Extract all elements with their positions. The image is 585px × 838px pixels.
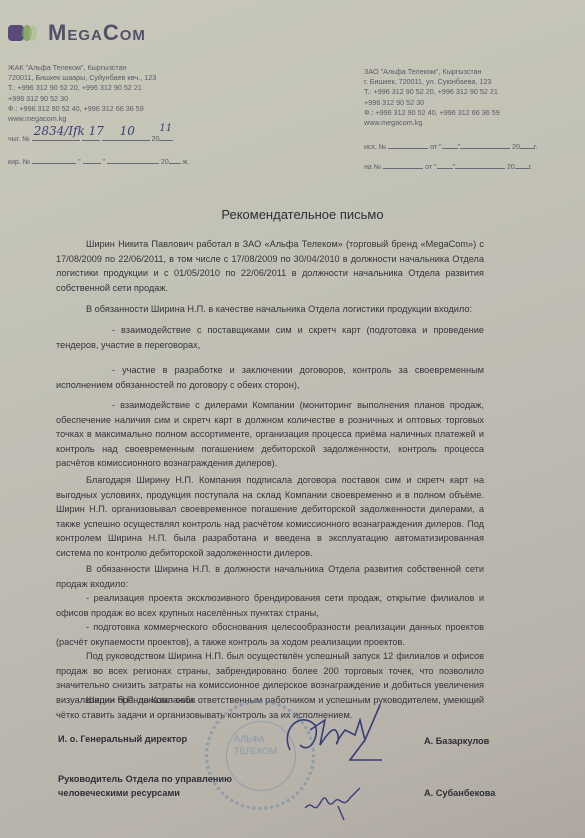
address-line: Ф.: +996 312 90 52 40, +996 312 66 36 59 [8, 104, 156, 114]
megacom-logo-icon [8, 24, 42, 42]
paragraph: - участие в разработке и заключении дого… [56, 363, 484, 392]
paragraph: - реализация проекта эксклюзивного бренд… [56, 591, 484, 620]
company-address-kyrgyz: ЖАК "Альфа Телеком", Кыргызстан 720011, … [8, 63, 156, 124]
paragraph-achievements-logistics: Благодаря Ширину Н.П. Компания подписала… [56, 473, 484, 561]
address-line: +996 312 90 52 30 [8, 94, 156, 104]
duty-item: - взаимодействие с поставщиками сим и ск… [56, 323, 484, 352]
handwritten-day: 10 [120, 124, 135, 138]
megacom-logo: MegaCom [8, 20, 146, 46]
paragraph-logistics-duties: В обязанности Ширина Н.П. в качестве нач… [56, 302, 484, 317]
company-address-russian: ЗАО "Альфа Телеком", Кыргызстан г. Бишке… [364, 67, 500, 128]
year-prefix: 20 [152, 136, 160, 143]
year-prefix: 20 [161, 159, 169, 166]
paragraph: В обязанности Ширина Н.П. в качестве нач… [56, 302, 484, 317]
director-name: А. Базаркулов [424, 735, 489, 749]
logo-text: MegaCom [48, 20, 146, 46]
year-suffix: г. [529, 164, 533, 171]
ref-label: исх. № [364, 144, 386, 151]
ref-label: кир. № [8, 159, 30, 166]
year-prefix: 20 [512, 144, 520, 151]
paragraph: Ширин Никита Павлович работал в ЗАО «Аль… [56, 237, 484, 295]
from-label: от " [425, 164, 436, 171]
year-suffix: ж. [183, 159, 190, 166]
hr-position: Руководитель Отдела по управлению челове… [58, 773, 232, 800]
outgoing-reference-left: чыг. № 2834/Ifk 17 10 2011 [8, 132, 173, 143]
address-line: +996 312 90 52 30 [364, 98, 500, 108]
address-line: г. Бишкек, 720011, ул. Суюнбаева, 123 [364, 77, 500, 87]
paragraph: - взаимодействие с поставщиками сим и ск… [56, 323, 484, 352]
position-line: человеческими ресурсами [58, 787, 232, 801]
document-title: Рекомендательное письмо [0, 207, 585, 222]
incoming-reference-left: кир. № " " 20 ж. [8, 155, 189, 166]
ref-label: на № [364, 164, 381, 171]
year-suffix: г. [534, 144, 538, 151]
hr-signature [300, 780, 370, 825]
from-label: от " [430, 144, 441, 151]
hr-name: А. Субанбекова [424, 787, 495, 801]
position-line: Руководитель Отдела по управлению [58, 773, 232, 787]
incoming-reference-right: на № от "" 20г. [364, 160, 532, 171]
ref-label: чыг. № [8, 136, 30, 143]
paragraph-sales-duties: В обязанности Ширина Н.П. в должности на… [56, 562, 484, 591]
paragraph: - подготовка коммерческого обоснования ц… [56, 620, 484, 649]
duty-item: - реализация проекта эксклюзивного бренд… [56, 591, 484, 620]
paragraph-intro: Ширин Никита Павлович работал в ЗАО «Аль… [56, 237, 484, 295]
handwritten-ref-number: 2834/Ifk 17 [34, 124, 104, 138]
address-line: Ф.: +996 312 90 52 40, +996 312 66 36 59 [364, 108, 500, 118]
duty-item: - участие в разработке и заключении дого… [56, 363, 484, 392]
duty-item: - подготовка коммерческого обоснования ц… [56, 620, 484, 649]
website: www.megacom.kg [364, 118, 500, 128]
handwritten-year: 11 [159, 123, 172, 134]
director-position: И. о. Генеральный директор [58, 733, 187, 747]
address-line: ЖАК "Альфа Телеком", Кыргызстан [8, 63, 156, 73]
address-line: ЗАО "Альфа Телеком", Кыргызстан [364, 67, 500, 77]
outgoing-reference-right: исх. № от "" 20г. [364, 140, 538, 151]
year-prefix: 20 [507, 164, 515, 171]
address-line: 720011, Бишкек шаары, Суйунбаев көч., 12… [8, 73, 156, 83]
paragraph: В обязанности Ширина Н.П. в должности на… [56, 562, 484, 591]
duty-item: - взаимодействие с дилерами Компании (мо… [56, 398, 484, 471]
address-line: T.: +996 312 90 52 20, +996 312 90 52 21 [8, 83, 156, 93]
paragraph: - взаимодействие с дилерами Компании (мо… [56, 398, 484, 471]
website: www.megacom.kg [8, 114, 156, 124]
address-line: Т.: +996 312 90 52 20, +996 312 90 52 21 [364, 87, 500, 97]
director-signature [270, 700, 390, 780]
paragraph: Благодаря Ширину Н.П. Компания подписала… [56, 473, 484, 561]
